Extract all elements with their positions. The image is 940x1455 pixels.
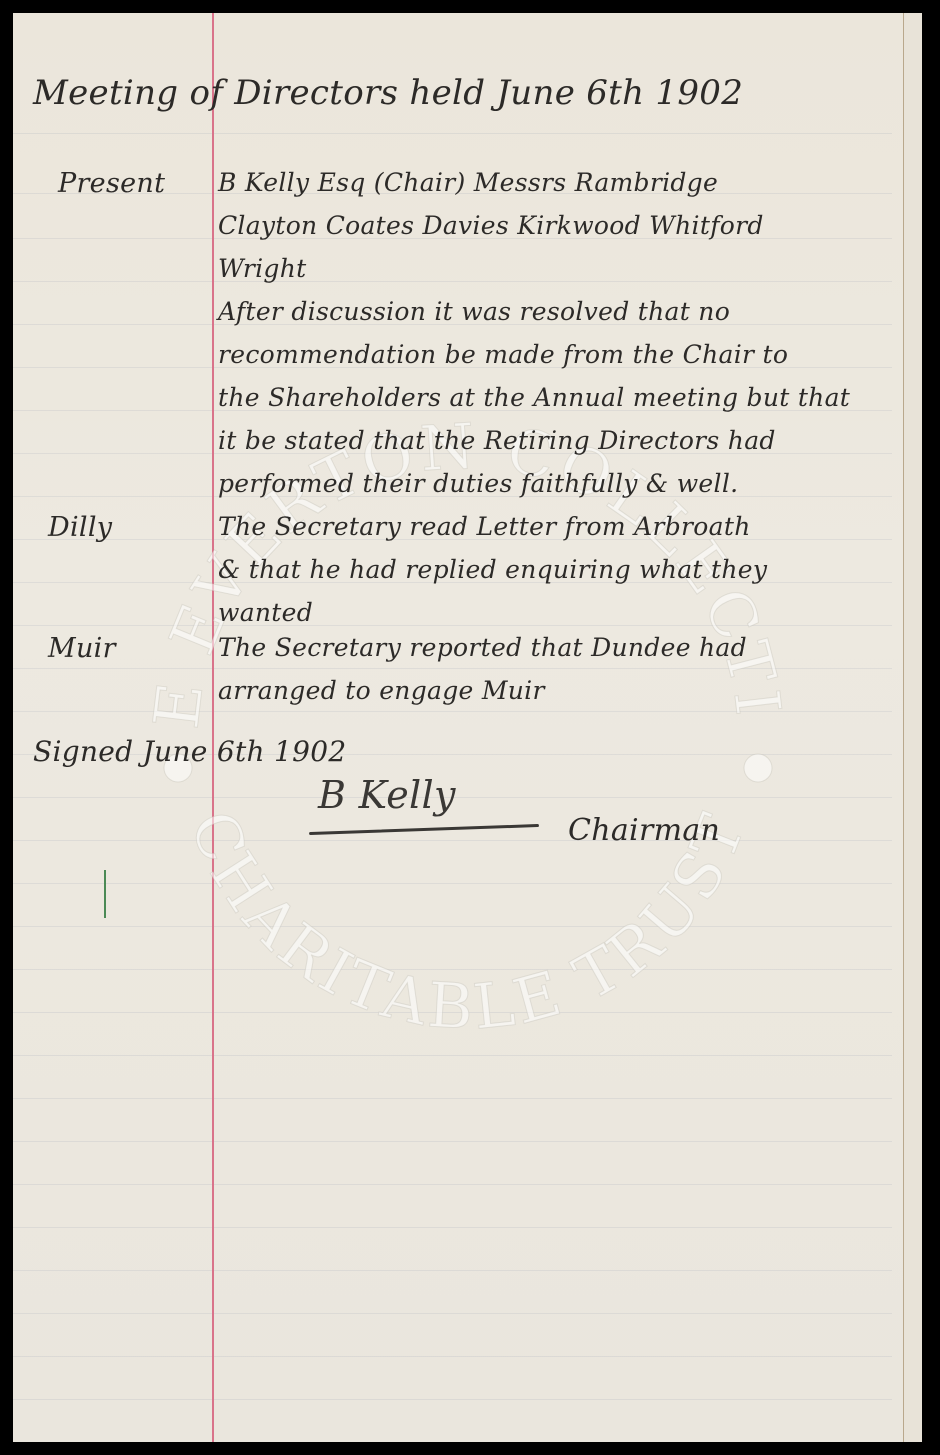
ruled-line — [13, 840, 892, 841]
green-pencil-mark — [104, 870, 106, 918]
signature: B Kelly — [318, 773, 456, 817]
page-edge — [903, 13, 922, 1442]
ruled-line — [13, 1012, 892, 1013]
ruled-line — [13, 1313, 892, 1314]
ruled-line — [13, 1098, 892, 1099]
muir-line: arranged to engage Muir — [218, 676, 545, 705]
ruled-line — [13, 1227, 892, 1228]
ruled-line — [13, 1356, 892, 1357]
ruled-line — [13, 625, 892, 626]
label-muir: Muir — [48, 633, 116, 664]
muir-line: The Secretary reported that Dundee had — [218, 633, 747, 662]
label-present: Present — [58, 168, 165, 199]
dilly-line: The Secretary read Letter from Arbroath — [218, 512, 751, 541]
ruled-line — [13, 1270, 892, 1271]
resolution-line: the Shareholders at the Annual meeting b… — [218, 383, 850, 412]
ruled-line — [13, 711, 892, 712]
signature-title: Chairman — [568, 813, 720, 848]
present-line: Wright — [218, 254, 306, 283]
ruled-line — [13, 926, 892, 927]
resolution-line: performed their duties faithfully & well… — [218, 469, 738, 498]
meeting-heading: Meeting of Directors held June 6th 1902 — [33, 73, 743, 113]
ruled-line — [13, 1399, 892, 1400]
ruled-line — [13, 1184, 892, 1185]
resolution-line: After discussion it was resolved that no — [218, 297, 730, 326]
present-line: Clayton Coates Davies Kirkwood Whitford — [218, 211, 764, 240]
ruled-line — [13, 1141, 892, 1142]
ruled-line — [13, 281, 892, 282]
label-dilly: Dilly — [48, 512, 112, 543]
signature-underline — [309, 824, 539, 835]
margin-rule — [212, 13, 214, 1442]
dilly-line: wanted — [218, 598, 313, 627]
dilly-line: & that he had replied enquiring what the… — [218, 555, 767, 584]
ruled-line — [13, 668, 892, 669]
ruled-line — [13, 883, 892, 884]
signed-date: Signed June 6th 1902 — [33, 735, 347, 768]
ruled-line — [13, 969, 892, 970]
resolution-line: it be stated that the Retiring Directors… — [218, 426, 776, 455]
present-line: B Kelly Esq (Chair) Messrs Rambridge — [218, 168, 718, 197]
ledger-page: THE EVERTON COLLECTION CHARITABLE TRUST … — [13, 13, 922, 1442]
ruled-line — [13, 133, 892, 134]
ruled-line — [13, 1055, 892, 1056]
watermark-dot-icon — [744, 754, 772, 782]
resolution-line: recommendation be made from the Chair to — [218, 340, 788, 369]
